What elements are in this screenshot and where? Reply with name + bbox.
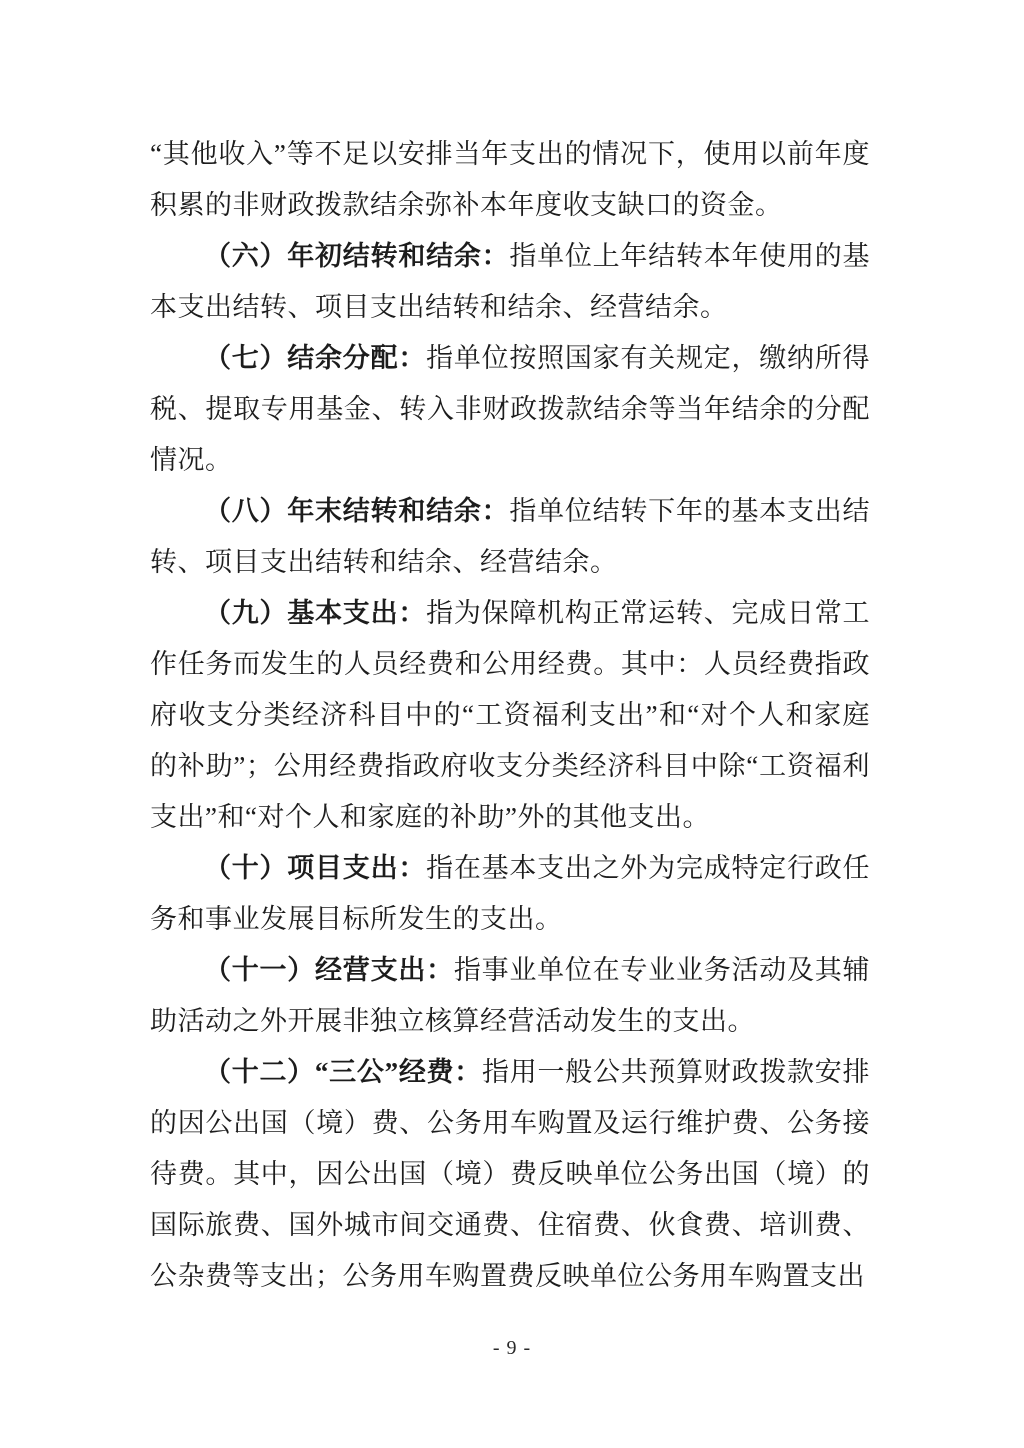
definition-text: 指为保障机构正常运转、完成日常工作任务而发生的人员经费和公用经费。其中：人员经费… — [150, 598, 870, 832]
term-heading: （六）年初结转和结余： — [204, 241, 509, 271]
term-heading: （十一）经营支出： — [204, 955, 454, 985]
page-number: - 9 - — [0, 1334, 1024, 1362]
paragraph: （十）项目支出：指在基本支出之外为完成特定行政任务和事业发展目标所发生的支出。 — [150, 843, 870, 945]
paragraph: （十一）经营支出：指事业单位在专业业务活动及其辅助活动之外开展非独立核算经营活动… — [150, 945, 870, 1047]
term-heading: （十）项目支出： — [204, 853, 426, 883]
body-text: “其他收入”等不足以安排当年支出的情况下，使用以前年度积累的非财政拨款结余弥补本… — [150, 129, 870, 1302]
paragraph: “其他收入”等不足以安排当年支出的情况下，使用以前年度积累的非财政拨款结余弥补本… — [150, 129, 870, 231]
paragraph: （六）年初结转和结余：指单位上年结转本年使用的基本支出结转、项目支出结转和结余、… — [150, 231, 870, 333]
definition-text: “其他收入”等不足以安排当年支出的情况下，使用以前年度积累的非财政拨款结余弥补本… — [150, 139, 870, 220]
term-heading: （九）基本支出： — [204, 598, 426, 628]
paragraph: （九）基本支出：指为保障机构正常运转、完成日常工作任务而发生的人员经费和公用经费… — [150, 588, 870, 843]
definition-text: 指用一般公共预算财政拨款安排的因公出国（境）费、公务用车购置及运行维护费、公务接… — [150, 1057, 870, 1291]
term-heading: （八）年末结转和结余： — [204, 496, 509, 526]
term-heading: （七）结余分配： — [204, 343, 426, 373]
document-page: “其他收入”等不足以安排当年支出的情况下，使用以前年度积累的非财政拨款结余弥补本… — [0, 0, 1024, 1448]
term-heading: （十二）“三公”经费： — [204, 1057, 482, 1087]
paragraph: （八）年末结转和结余：指单位结转下年的基本支出结转、项目支出结转和结余、经营结余… — [150, 486, 870, 588]
paragraph: （七）结余分配：指单位按照国家有关规定，缴纳所得税、提取专用基金、转入非财政拨款… — [150, 333, 870, 486]
paragraph: （十二）“三公”经费：指用一般公共预算财政拨款安排的因公出国（境）费、公务用车购… — [150, 1047, 870, 1302]
